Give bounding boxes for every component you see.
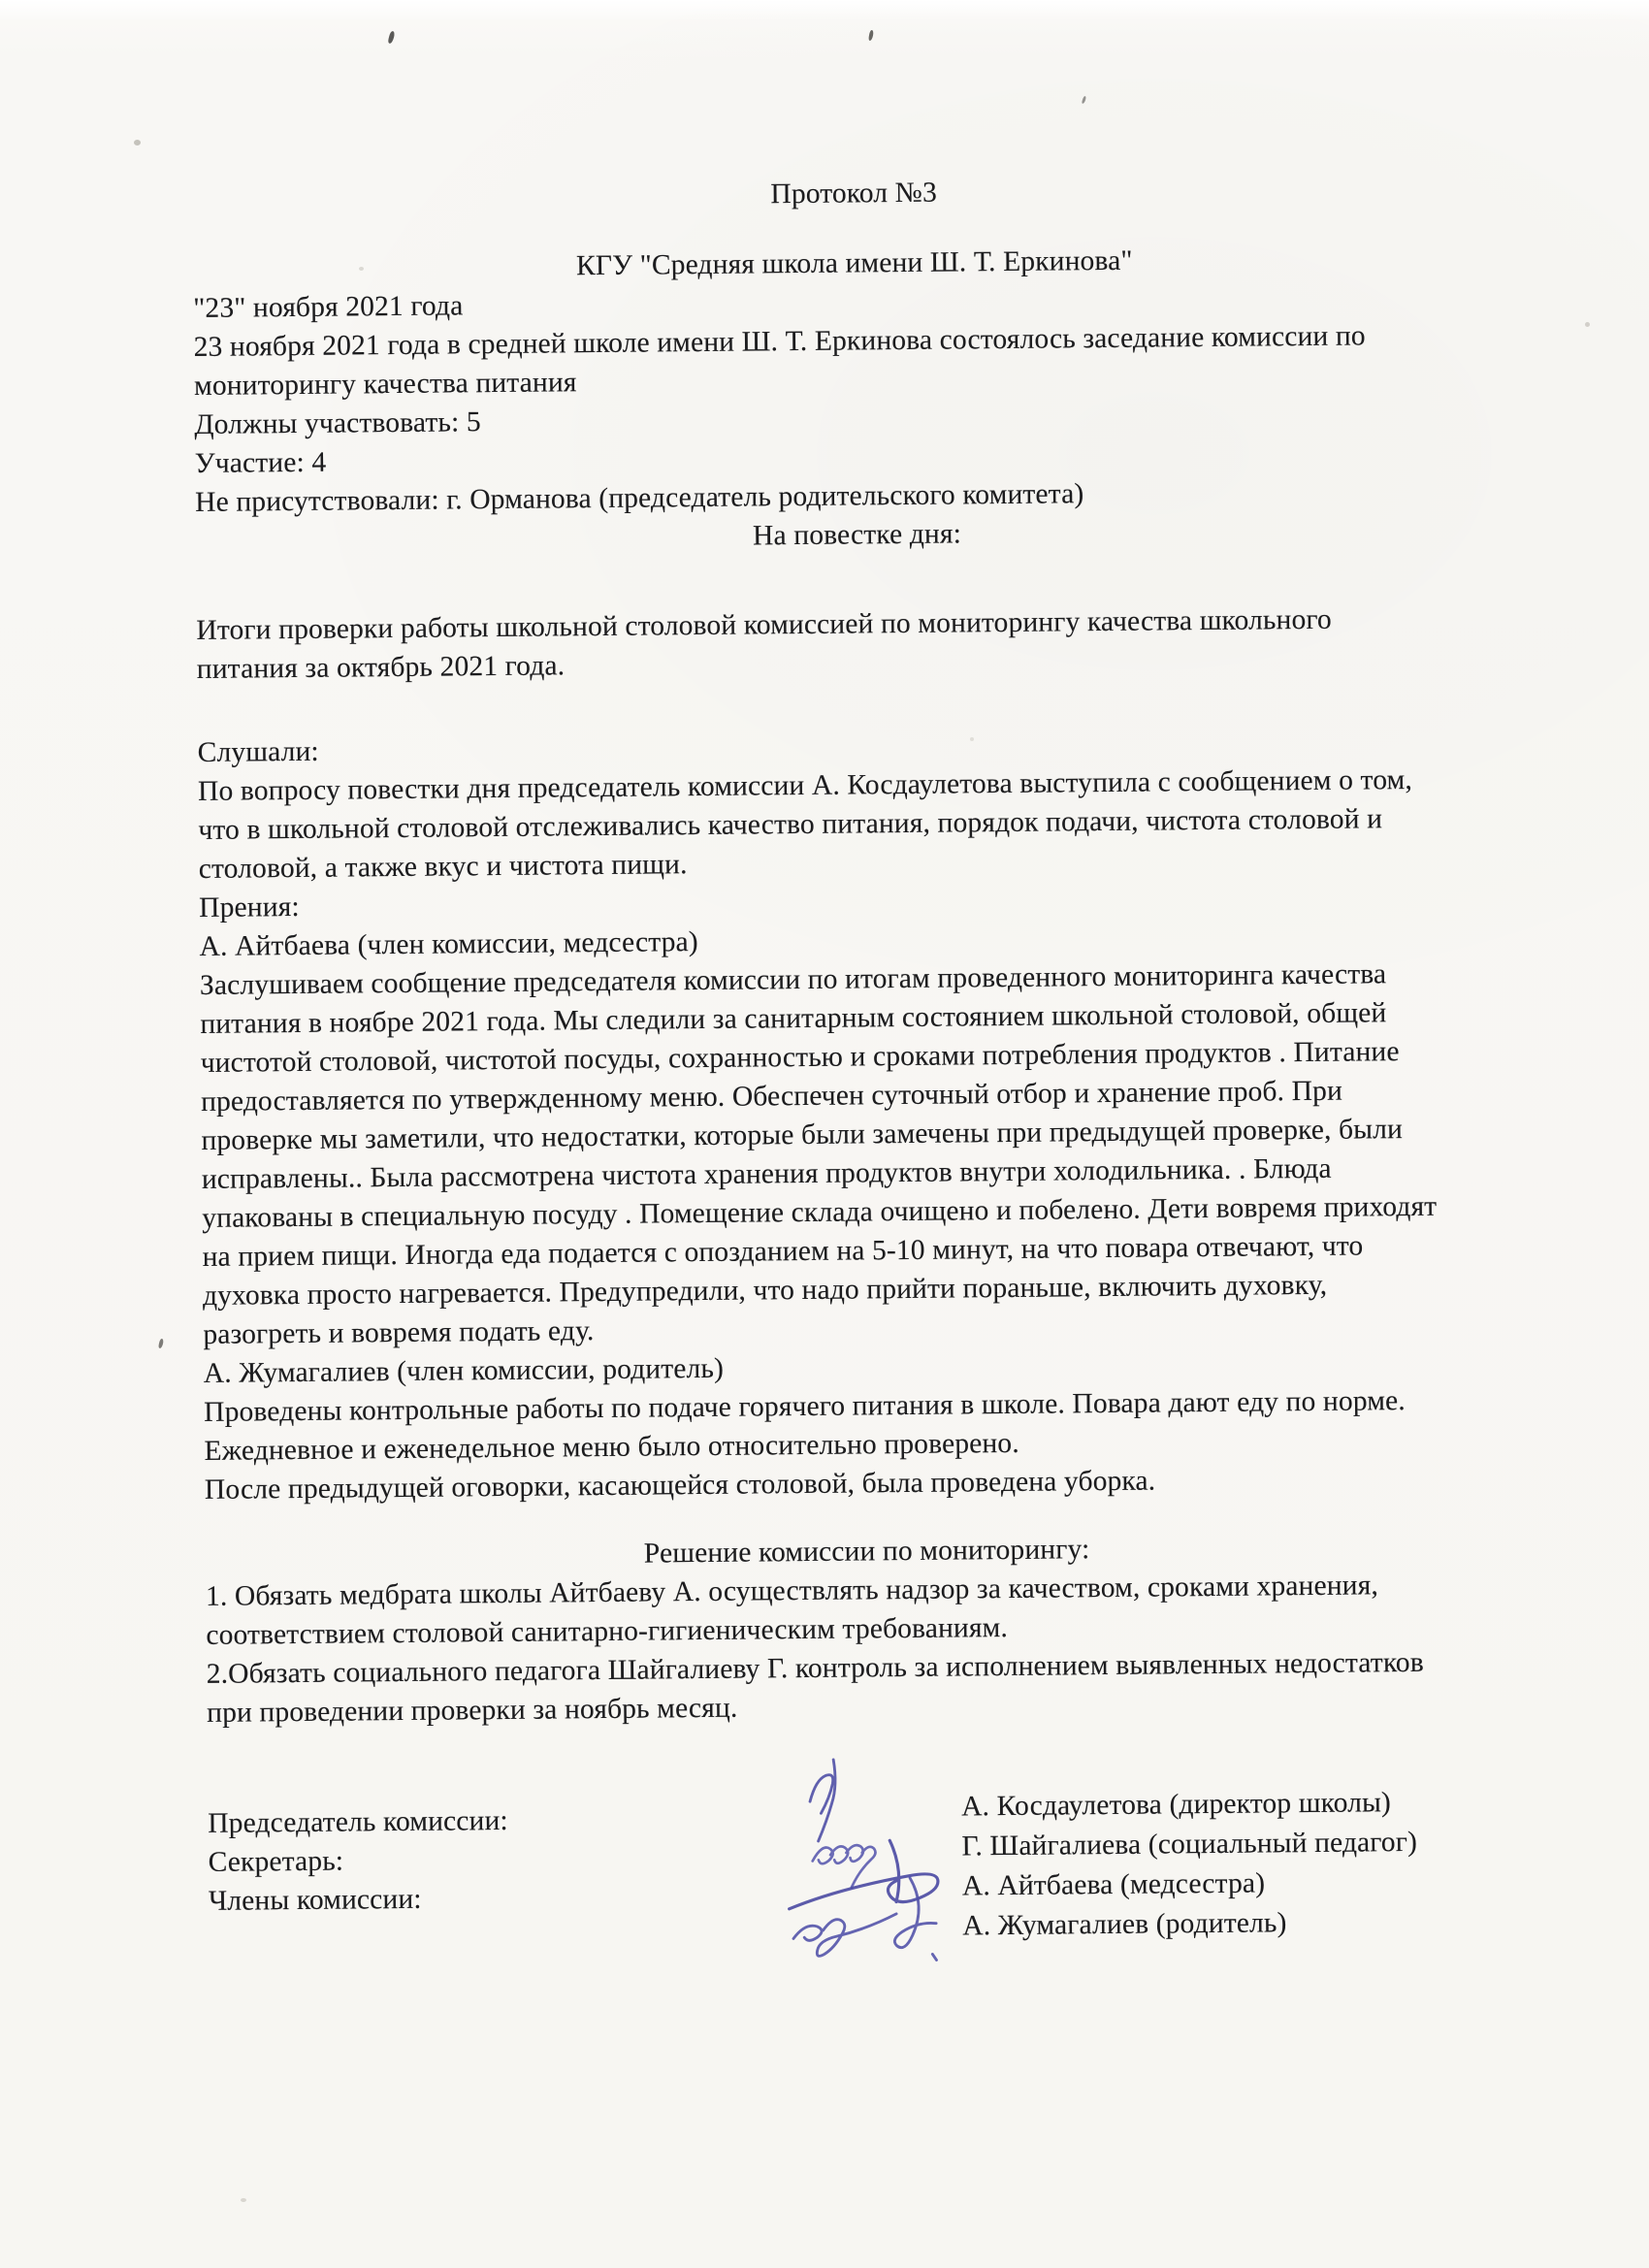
signatory-names: А. Косдаулетова (директор школы) Г. Шайг… <box>961 1783 1418 1946</box>
signatory-name: Г. Шайгалиева (социальный педагог) <box>961 1823 1417 1867</box>
signatory-name: А. Айтбаева (медсестра) <box>962 1863 1418 1907</box>
noise-mark <box>241 2198 246 2202</box>
noise-mark <box>158 1339 164 1349</box>
noise-mark <box>388 31 396 45</box>
signature-block: Председатель комиссии: Секретарь: Члены … <box>208 1792 1534 2076</box>
noise-mark <box>1082 96 1086 105</box>
document-content: Протокол №3 КГУ "Средняя школа имени Ш. … <box>192 168 1534 2076</box>
noise-mark <box>134 140 141 146</box>
noise-mark <box>868 30 874 42</box>
document-title: Протокол №3 <box>192 168 1515 219</box>
signature-ink <box>782 1748 973 1968</box>
noise-mark <box>1585 322 1590 327</box>
signatory-name: А. Жумагалиев (родитель) <box>962 1902 1418 1947</box>
scanned-document-page: Протокол №3 КГУ "Средняя школа имени Ш. … <box>0 0 1649 2268</box>
signatory-name: А. Косдаулетова (директор школы) <box>961 1783 1417 1828</box>
